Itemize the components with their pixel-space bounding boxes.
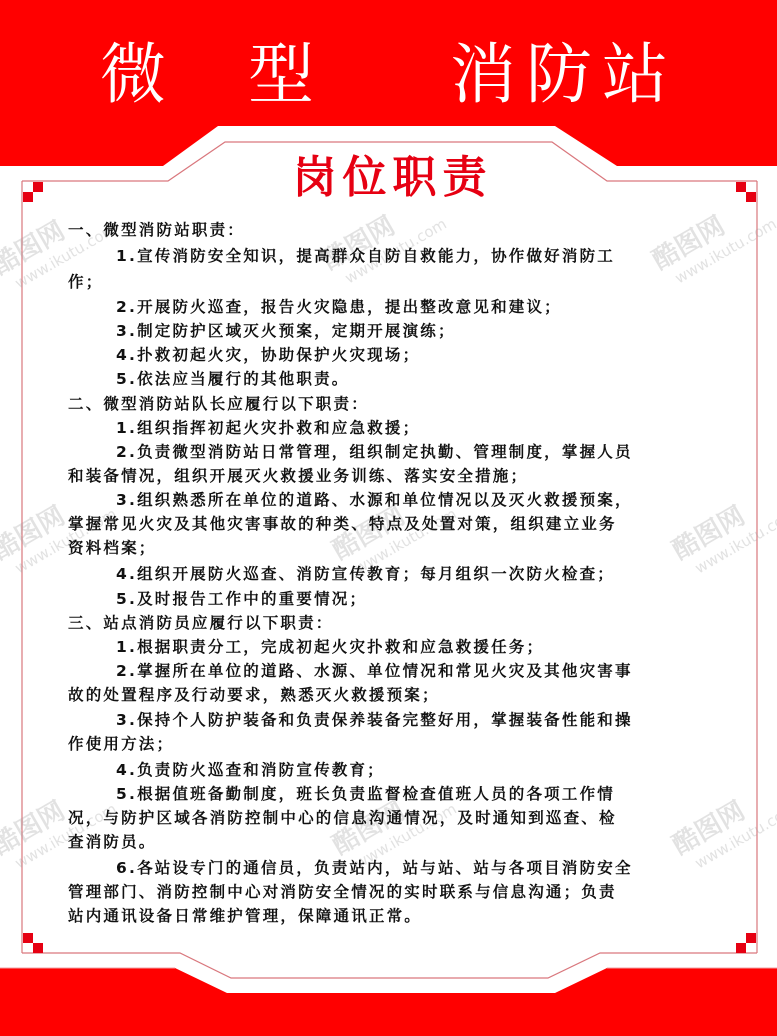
duty-line: 2.掌握所在单位的道路、水源、单位情况和常见火灾及其他灾害事 (116, 659, 633, 683)
duty-line: 作使用方法； (68, 732, 174, 756)
duty-line: 5.依法应当履行的其他职责。 (116, 367, 349, 391)
duty-line: 5.及时报告工作中的重要情况； (116, 587, 367, 611)
duty-line: 1.组织指挥初起火灾扑救和应急救援； (116, 416, 420, 440)
duty-line: 作； (68, 270, 103, 294)
corner-decoration-bottom-left (23, 933, 43, 953)
duty-line: 6.各站设专门的通信员，负责站内，站与站、站与各项目消防安全 (116, 856, 633, 880)
duty-line: 5.根据值班备勤制度，班长负责监督检查值班人员的各项工作情 (116, 782, 615, 806)
subtitle: 岗位职责 (0, 150, 777, 206)
section-heading: 二、微型消防站队长应履行以下职责： (68, 392, 369, 416)
duty-line: 管理部门、消防控制中心对消防安全情况的实时联系与信息沟通；负责 (68, 880, 617, 904)
duty-line: 2.负责微型消防站日常管理，组织制定执勤、管理制度，掌握人员 (116, 440, 633, 464)
duty-line: 4.扑救初起火灾，协助保护火灾现场； (116, 343, 420, 367)
duty-line: 2.开展防火巡查，报告火灾隐患，提出整改意见和建议； (116, 295, 562, 319)
section-heading: 三、站点消防员应履行以下职责： (68, 611, 334, 635)
duty-line: 1.宣传消防安全知识，提高群众自防自救能力，协作做好消防工 (116, 244, 615, 268)
duty-line: 况，与防护区域各消防控制中心的信息沟通情况，及时通知到巡查、检 (68, 806, 617, 830)
duty-line: 和装备情况，组织开展灭火救援业务训练、落实安全措施； (68, 464, 528, 488)
title-part: 型 (248, 30, 324, 120)
title-part: 消防站 (450, 30, 678, 120)
duty-line: 3.保持个人防护装备和负责保养装备完整好用，掌握装备性能和操 (116, 708, 633, 732)
duty-line: 站内通讯设备日常维护管理，保障通讯正常。 (68, 904, 422, 928)
section-heading: 一、微型消防站职责： (68, 218, 245, 242)
duty-line: 4.组织开展防火巡查、消防宣传教育；每月组织一次防火检查； (116, 562, 615, 586)
duty-line: 3.制定防护区域灭火预案，定期开展演练； (116, 319, 456, 343)
duty-line: 故的处置程序及行动要求，熟悉灭火救援预案； (68, 683, 440, 707)
title-part: 微 (100, 30, 176, 120)
poster-title: 微 型 消防站 (0, 30, 777, 120)
duty-line: 3.组织熟悉所在单位的道路、水源和单位情况以及灭火救援预案， (116, 488, 633, 512)
duty-line: 查消防员。 (68, 830, 157, 854)
duty-line: 资料档案； (68, 536, 157, 560)
duty-line: 掌握常见火灾及其他灾害事故的种类、特点及处置对策，组织建立业务 (68, 512, 617, 536)
corner-decoration-bottom-right (736, 933, 756, 953)
duty-line: 4.负责防火巡查和消防宣传教育； (116, 758, 385, 782)
duty-line: 1.根据职责分工，完成初起火灾扑救和应急救援任务； (116, 635, 544, 659)
